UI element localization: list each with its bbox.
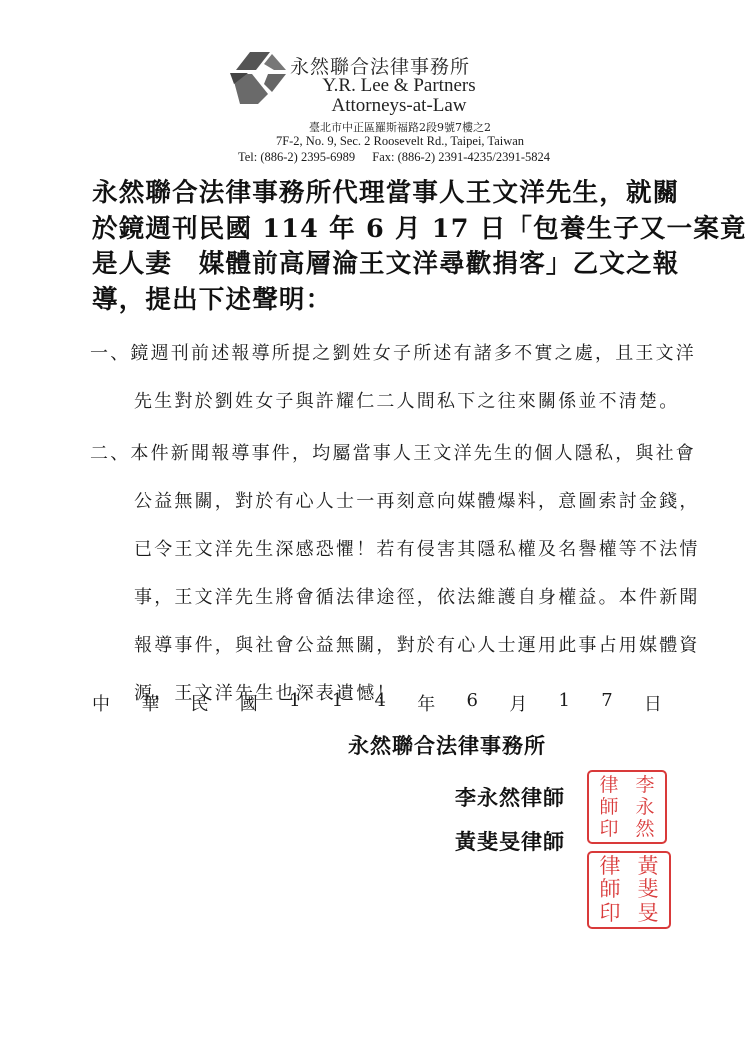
seal-char: 律 [591,856,629,877]
statement-item-1: 一、鏡週刊前述報導所提之劉姓女子所述有諸多不實之處，且王文洋 先生對於劉姓女子與… [90,330,690,426]
seal-char: 旻 [629,903,667,924]
seal-char: 律 [591,776,627,795]
date-part: 中 [92,690,110,716]
date-part: 1 [332,690,343,716]
title-line: 是人妻 媒體前高層淪王文洋尋歡捐客」乙文之報 [92,247,672,283]
date-part: 民 [191,690,209,716]
fax: Fax: (886-2) 2391-4235/2391-5824 [372,150,550,164]
signature-lawyer-2: 黃斐旻律師 [455,826,565,856]
statement-line: 一、鏡週刊前述報導所提之劉姓女子所述有諸多不實之處，且王文洋 [90,330,690,378]
seal-char: 斐 [629,879,667,900]
date-part: 華 [141,690,159,716]
statement-item-2: 二、本件新聞報導事件，均屬當事人王文洋先生的個人隱私，與社會 公益無關，對於有心… [90,430,690,718]
contact-line: Tel: (886-2) 2395-6989 Fax: (886-2) 2391… [0,150,750,165]
seal-char: 師 [591,879,629,900]
address-en: 7F-2, No. 9, Sec. 2 Roosevelt Rd., Taipe… [0,134,750,149]
title-line: 於鏡週刊民國 114 年 6 月 17 日「包養生子又一案竟 [92,212,672,248]
statement-title: 永然聯合法律事務所代理當事人王文洋先生，就關 於鏡週刊民國 114 年 6 月 … [92,176,672,318]
date-part: 4 [375,690,386,716]
statement-line: 二、本件新聞報導事件，均屬當事人王文洋先生的個人隱私，與社會 [90,430,690,478]
title-line: 永然聯合法律事務所代理當事人王文洋先生，就關 [92,176,672,212]
seal-char: 印 [591,820,627,839]
seal-stamp-1: 律 師 印 李 永 然 [587,770,667,844]
statement-line: 先生對於劉姓女子與許耀仁二人間私下之往來關係並不清楚。 [90,378,690,426]
date-part: 1 [289,690,300,716]
seal-stamp-2: 律 師 印 黃 斐 旻 [587,851,671,929]
signature-firm: 永然聯合法律事務所 [348,730,546,760]
tel: Tel: (886-2) 2395-6989 [238,150,355,164]
date-part: 1 [558,690,569,716]
date-part: 日 [644,690,662,716]
statement-line: 報導事件，與社會公益無關，對於有心人士運用此事占用媒體資 [90,622,690,670]
date-part: 月 [509,690,527,716]
firm-subtitle: Attorneys-at-Law [0,95,750,117]
seal-char: 然 [627,820,663,839]
title-line: 導，提出下述聲明： [92,283,672,319]
date-part: 年 [417,690,435,716]
date-part: 6 [466,690,477,716]
statement-line: 公益無關，對於有心人士一再刻意向媒體爆料，意圖索討金錢， [90,478,690,526]
seal-char: 師 [591,798,627,817]
firm-name-en: Y.R. Lee & Partners [0,75,750,97]
date-line: 中 華 民 國 1 1 4 年 6 月 1 7 日 [92,690,662,716]
seal-char: 李 [627,776,663,795]
address-zh: 臺北市中正區羅斯福路2段9號7樓之2 [0,119,750,135]
statement-line: 事，王文洋先生將會循法律途徑，依法維護自身權益。本件新聞 [90,574,690,622]
seal-char: 黃 [629,856,667,877]
seal-char: 印 [591,903,629,924]
statement-line: 已令王文洋先生深感恐懼！若有侵害其隱私權及名譽權等不法情 [90,526,690,574]
signature-lawyer-1: 李永然律師 [455,782,565,812]
date-part: 7 [601,690,612,716]
date-part: 國 [240,690,258,716]
seal-char: 永 [627,798,663,817]
letterhead: 永然聯合法律事務所 Y.R. Lee & Partners Attorneys-… [0,0,750,170]
